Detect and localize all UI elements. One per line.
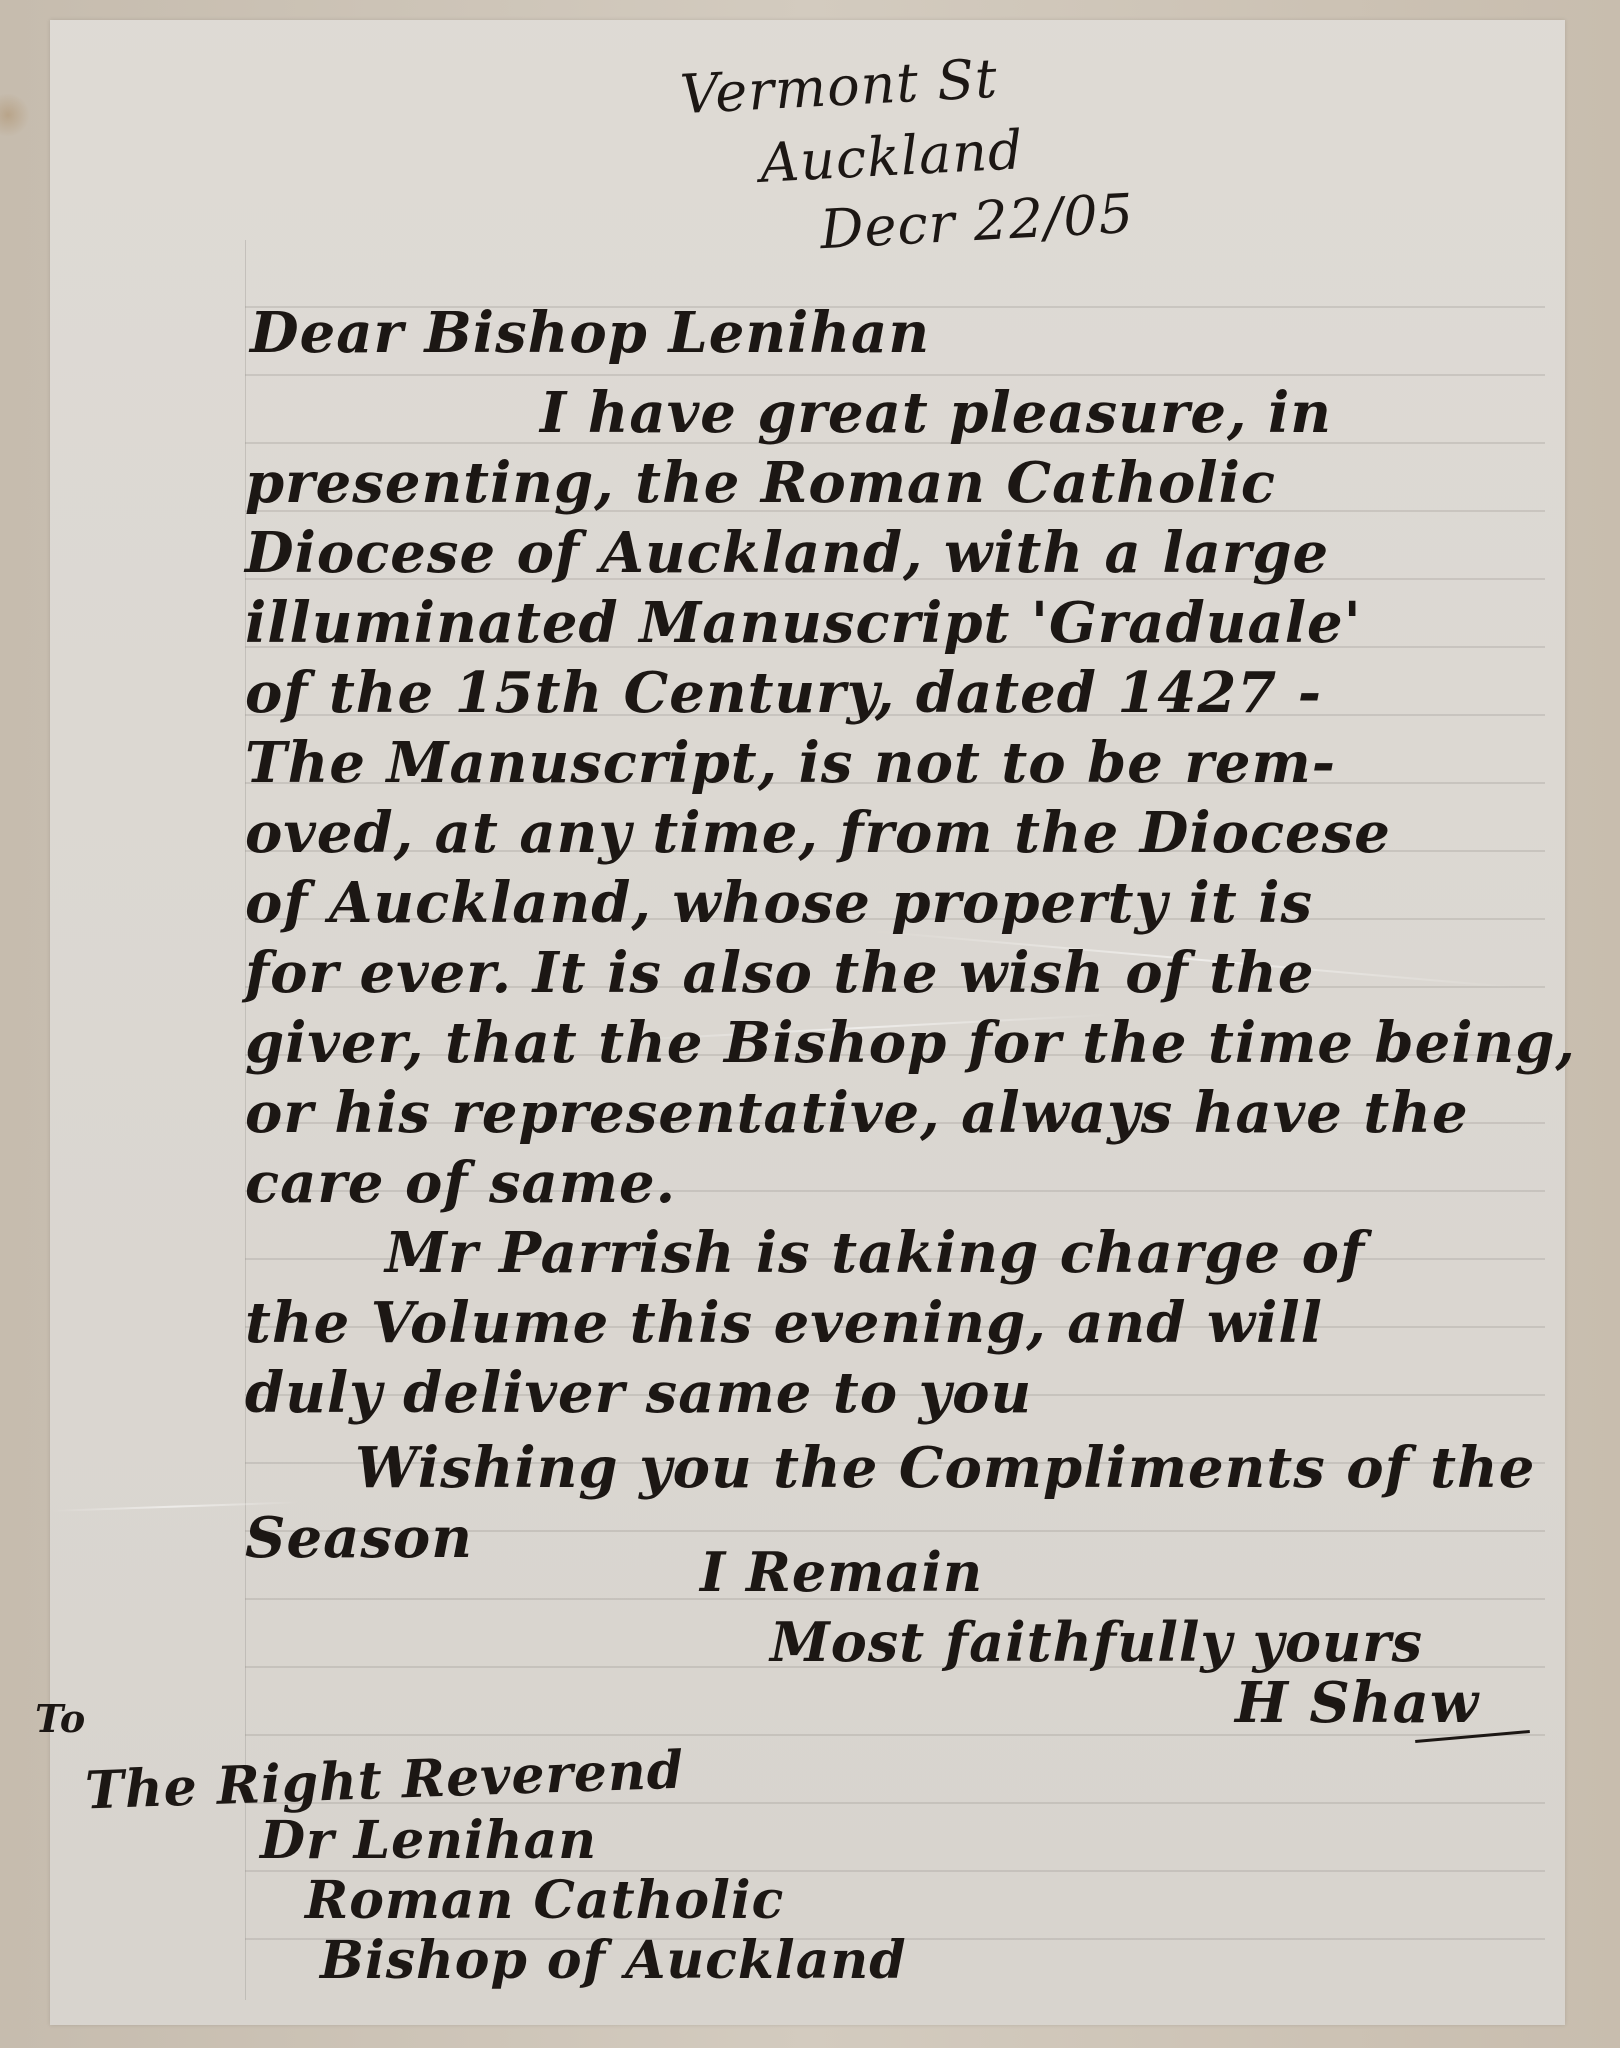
recipient-line-4: Bishop of Auckland <box>320 1935 907 1987</box>
body-line: Wishing you the Compliments of the <box>355 1440 1535 1496</box>
body-line: giver, that the Bishop for the time bein… <box>245 1015 1576 1071</box>
body-line: Diocese of Auckland, with a large <box>245 525 1329 581</box>
letter-date: Decr 22/05 <box>819 187 1135 257</box>
body-line: oved, at any time, from the Diocese <box>245 805 1391 861</box>
body-line: Mr Parrish is taking charge of <box>385 1225 1365 1281</box>
address-line-1: Vermont St <box>679 52 999 123</box>
body-line: The Manuscript, is not to be rem- <box>245 735 1336 791</box>
recipient-line-3: Roman Catholic <box>305 1875 784 1927</box>
recipient-line-2: Dr Lenihan <box>260 1815 597 1867</box>
body-line: the Volume this evening, and will <box>245 1295 1323 1351</box>
body-line: of the 15th Century, dated 1427 - <box>245 665 1322 721</box>
signature: H Shaw <box>1235 1675 1479 1731</box>
body-line: care of same. <box>245 1155 676 1211</box>
closing-line-2: Most faithfully yours <box>770 1615 1423 1669</box>
body-line: I have great pleasure, in <box>540 385 1332 441</box>
body-line: Season <box>245 1510 473 1566</box>
body-line: or his representative, always have the <box>245 1085 1469 1141</box>
body-line: of Auckland, whose property it is <box>245 875 1313 931</box>
body-line: duly deliver same to you <box>245 1365 1032 1421</box>
salutation: Dear Bishop Lenihan <box>250 305 930 361</box>
recipient-to-label: To <box>35 1700 86 1738</box>
body-line: for ever. It is also the wish of the <box>245 945 1314 1001</box>
body-line: illuminated Manuscript 'Graduale' <box>245 595 1362 651</box>
body-line: presenting, the Roman Catholic <box>245 455 1276 511</box>
address-line-2: Auckland <box>759 123 1025 191</box>
closing-line-1: I Remain <box>700 1545 983 1599</box>
